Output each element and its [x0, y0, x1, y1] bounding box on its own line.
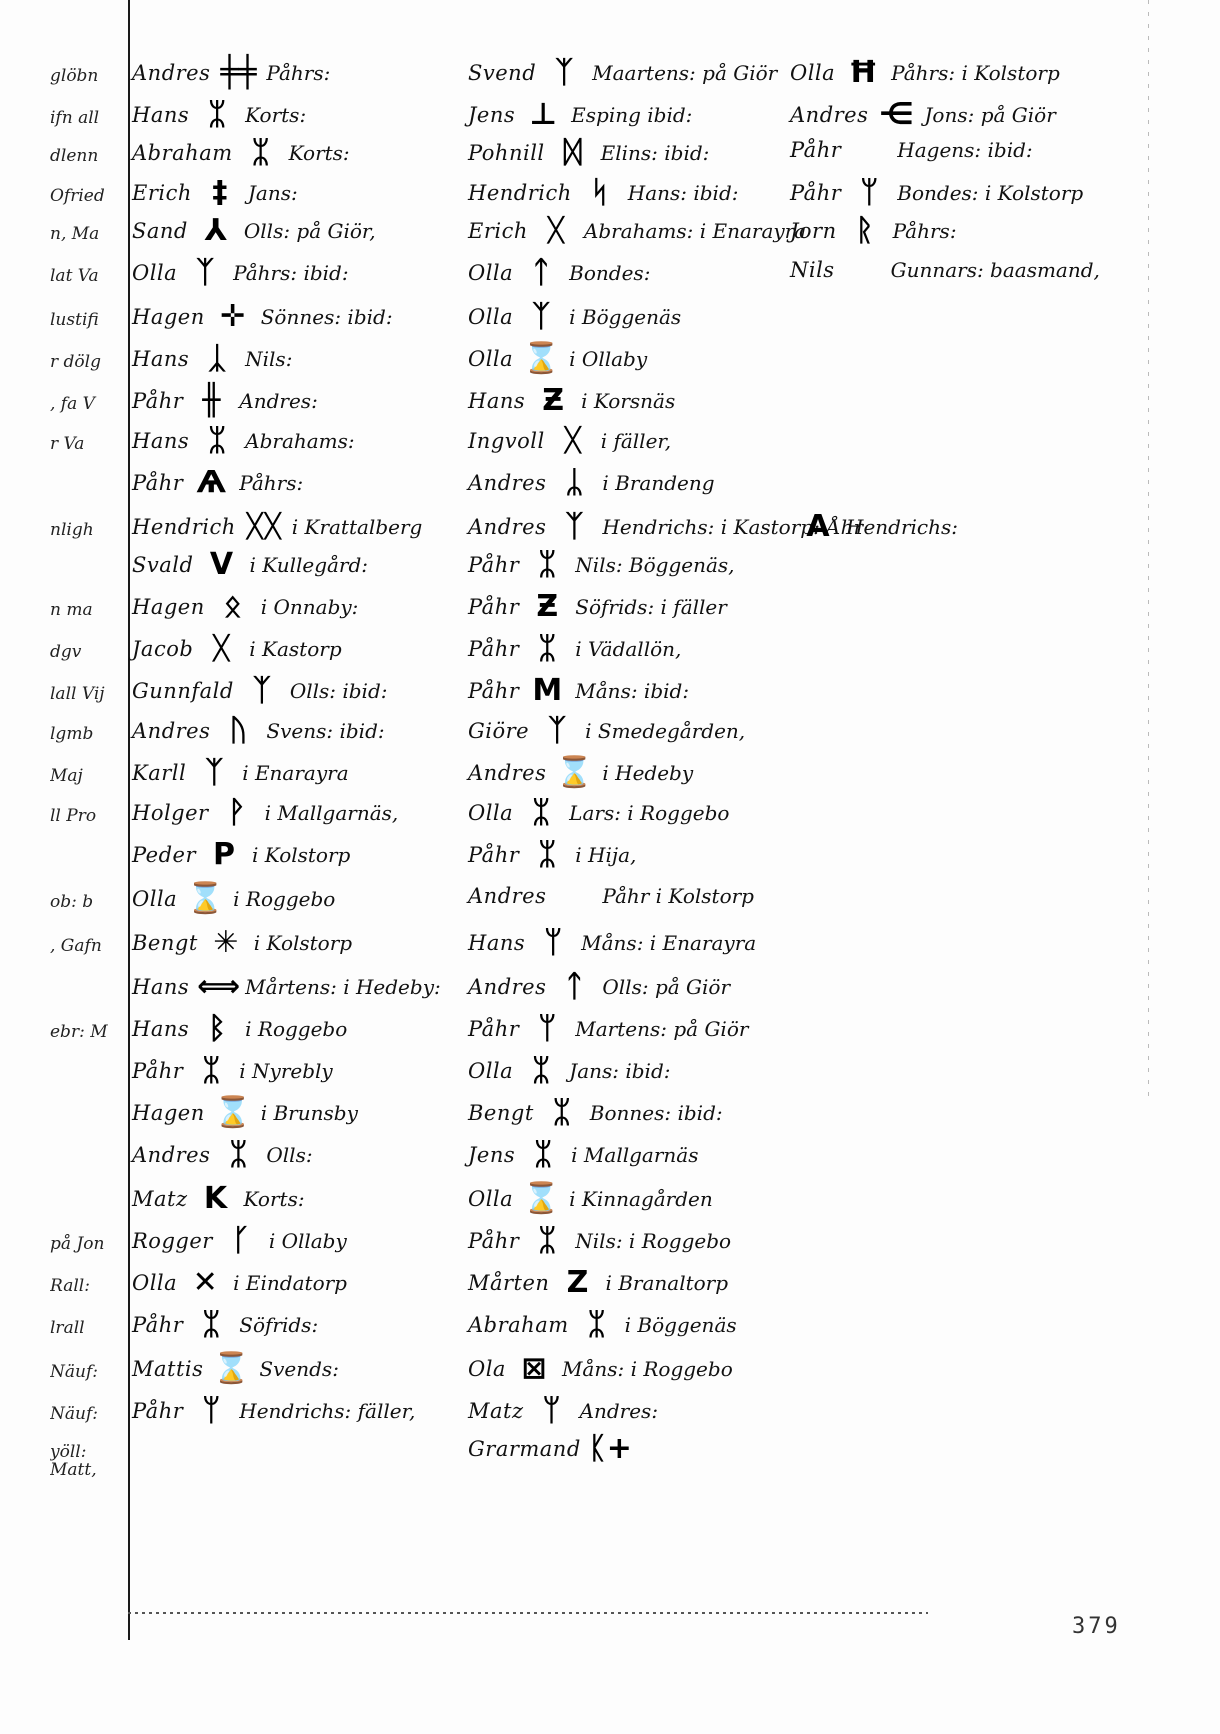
- person-name: Hans: [132, 975, 189, 999]
- person-name: Påhr: [468, 553, 519, 577]
- house-mark-icon: ᛘ: [533, 928, 573, 958]
- person-name: Jacob: [132, 637, 193, 661]
- person-name: Peder: [132, 843, 196, 867]
- patronym-place: Nils:: [245, 347, 292, 371]
- margin-note: lgmb: [50, 724, 130, 744]
- person-name: Svald: [132, 553, 193, 577]
- register-entry: Holgerᚹi Mallgarnäs,: [132, 798, 398, 828]
- house-mark-icon: ᛦ: [554, 468, 594, 498]
- person-name: Olla: [468, 261, 513, 285]
- person-name: Abraham: [132, 141, 233, 165]
- register-entry: Olla✕i Eindatorp: [132, 1268, 347, 1298]
- patronym-place: Esping ibid:: [571, 103, 692, 127]
- register-entry: Jens⊥Esping ibid:: [468, 100, 692, 130]
- person-name: Påhr: [132, 1059, 183, 1083]
- person-name: Jens: [468, 1143, 515, 1167]
- patronym-place: Sönnes: ibid:: [261, 305, 393, 329]
- person-name: Andres: [132, 719, 210, 743]
- person-name: Grarmand: [468, 1437, 581, 1461]
- patronym-place: i Hedeby: [602, 761, 693, 785]
- house-mark-icon: ᛘ: [527, 1014, 567, 1044]
- patronym-place: Olls: ibid:: [290, 679, 388, 703]
- person-name: Olla: [468, 1187, 513, 1211]
- house-mark-icon: A: [798, 512, 838, 542]
- patronym-place: Påhrs:: [239, 471, 303, 495]
- register-entry: HansᛯAbrahams:: [132, 426, 355, 456]
- house-mark-icon: Ħ: [843, 58, 883, 88]
- person-name: Ola: [468, 1357, 506, 1381]
- house-mark-icon: ᚢ: [218, 716, 258, 746]
- patronym-place: Påhr i Kolstorp: [602, 884, 754, 908]
- patronym-place: i Nyrebly: [239, 1059, 332, 1083]
- person-name: Bengt: [132, 931, 198, 955]
- patronym-place: Andres:: [580, 1399, 659, 1423]
- house-mark-icon: ᛏ: [521, 258, 561, 288]
- person-name: Påhr: [132, 389, 183, 413]
- register-entry: Erich‡Jans:: [132, 178, 298, 208]
- house-mark-icon: ᛉ: [521, 302, 561, 332]
- house-mark-icon: ✳: [206, 928, 246, 958]
- person-name: Påhr: [468, 679, 519, 703]
- person-name: Andres: [468, 515, 546, 539]
- person-name: Erich: [132, 181, 192, 205]
- house-mark-icon: M: [527, 676, 567, 706]
- person-name: Olla: [468, 1059, 513, 1083]
- register-entry: Påhr╫Andres:: [132, 386, 318, 416]
- house-mark-icon: ✕: [185, 1268, 225, 1298]
- house-mark-icon: ⌛: [521, 1184, 561, 1214]
- house-mark-icon: ᛣ: [197, 344, 237, 374]
- register-entry: Grarmandᛕ+: [468, 1434, 637, 1464]
- patronym-place: Bonnes: ibid:: [590, 1101, 723, 1125]
- register-entry: OllaᛯLars: i Roggebo: [468, 798, 729, 828]
- house-mark-icon: Ƶ: [527, 592, 567, 622]
- house-mark-icon: ᛯ: [218, 1140, 258, 1170]
- person-name: Hagen: [132, 1101, 205, 1125]
- house-mark-icon: ᛏ: [554, 972, 594, 1002]
- register-entry: Bengt✳i Kolstorp: [132, 928, 352, 958]
- house-mark-icon: ✛: [213, 302, 253, 332]
- page-number: 379: [1072, 1614, 1121, 1639]
- house-mark-icon: ᛯ: [577, 1310, 617, 1340]
- house-mark-icon: ⊠: [514, 1354, 554, 1384]
- person-name: Påhr: [132, 1399, 183, 1423]
- house-mark-icon: ᛯ: [191, 1056, 231, 1086]
- patronym-place: Söfrids:: [239, 1313, 318, 1337]
- person-name: Andres: [132, 1143, 210, 1167]
- patronym-place: Abrahams: i Enarayra: [584, 219, 806, 243]
- house-mark-icon: ᚱ: [845, 216, 885, 246]
- patronym-place: Hendrichs: fäller,: [239, 1399, 415, 1423]
- register-entry: Påhrᛯi Hija,: [468, 840, 636, 870]
- house-mark-icon: ᛞ: [553, 138, 593, 168]
- patronym-place: Jons: på Giör: [924, 103, 1055, 127]
- register-entry: Mattis⌛Svends:: [132, 1354, 339, 1384]
- house-mark-icon: ᛉ: [554, 512, 594, 542]
- house-mark-icon: ᚷᚷ: [244, 512, 284, 542]
- patronym-place: Hans: ibid:: [628, 181, 739, 205]
- patronym-place: i Eindatorp: [233, 1271, 347, 1295]
- register-entry: Sand⅄Olls: på Giör,: [132, 216, 376, 246]
- register-entry: HansᛯKorts:: [132, 100, 306, 130]
- register-entry: OllaᛏBondes:: [468, 258, 650, 288]
- patronym-place: Lars: i Roggebo: [569, 801, 729, 825]
- house-mark-icon: ᛯ: [197, 426, 237, 456]
- register-entry: Hagen⌛i Brunsby: [132, 1098, 358, 1128]
- register-entry: AndresᛯOlls:: [132, 1140, 313, 1170]
- patronym-place: Mårtens: i Hedeby:: [245, 975, 441, 999]
- person-name: Andres: [132, 61, 210, 85]
- patronym-place: Jans: ibid:: [569, 1059, 670, 1083]
- patronym-place: Korts:: [244, 1187, 305, 1211]
- person-name: Olla: [132, 261, 177, 285]
- house-mark-icon: ᛕ+: [589, 1434, 629, 1464]
- person-name: Påhr: [468, 637, 519, 661]
- margin-note: n ma: [50, 600, 130, 620]
- register-entry: GunnfaldᛉOlls: ibid:: [132, 676, 388, 706]
- register-entry: Olla⌛i Roggebo: [132, 884, 335, 914]
- patronym-place: Gunnars: baasmand,: [891, 258, 1100, 282]
- person-name: Svend: [468, 61, 536, 85]
- house-mark-icon: ᛯ: [527, 634, 567, 664]
- house-mark-icon: ᛯ: [521, 1056, 561, 1086]
- margin-note: Matt,: [50, 1460, 130, 1480]
- patronym-place: Korts:: [289, 141, 350, 165]
- margin-note: ll Pro: [50, 806, 130, 826]
- house-mark-icon: ᛟ: [213, 592, 253, 622]
- margin-note: Ofried: [50, 186, 130, 206]
- person-name: Olla: [468, 347, 513, 371]
- house-mark-icon: ⌛: [554, 758, 594, 788]
- patronym-place: i Böggenäs: [625, 1313, 737, 1337]
- house-mark-icon: Z: [557, 1268, 597, 1298]
- register-entry: Hansᛒi Roggebo: [132, 1014, 347, 1044]
- house-mark-icon: ᚷ: [536, 216, 576, 246]
- person-name: Holger: [132, 801, 209, 825]
- patronym-place: i Mallgarnäs,: [265, 801, 399, 825]
- patronym-place: i Onnaby:: [261, 595, 359, 619]
- register-entry: MatzKKorts:: [132, 1184, 305, 1214]
- register-entry: Andres⋲Jons: på Giör: [790, 100, 1056, 130]
- person-name: Rogger: [132, 1229, 213, 1253]
- register-entry: HansᛘMåns: i Enarayra: [468, 928, 756, 958]
- register-entry: PåhrᛘMartens: på Giör: [468, 1014, 748, 1044]
- patronym-place: i Kinnagården: [569, 1187, 713, 1211]
- register-entry: PohnillᛞElins: ibid:: [468, 138, 709, 168]
- register-entry: PåhrᛯSöfrids:: [132, 1310, 318, 1340]
- register-entry: Ingvollᚷi fäller,: [468, 426, 671, 456]
- person-name: Hagen: [132, 595, 205, 619]
- register-entry: NilsGunnars: baasmand,: [790, 258, 1100, 282]
- register-entry: Andres⌛i Hedeby: [468, 758, 693, 788]
- person-name: Andres: [468, 761, 546, 785]
- register-entry: PåhrѦPåhrs:: [132, 468, 303, 498]
- register-entry: PåhrᛘHendrichs: fäller,: [132, 1396, 415, 1426]
- person-name: Hendrich: [468, 181, 572, 205]
- register-entry: Andres╪╪Påhrs:: [132, 58, 330, 88]
- margin-note: dgv: [50, 642, 130, 662]
- patronym-place: i Mallgarnäs: [571, 1143, 698, 1167]
- house-mark-icon: ᛯ: [197, 100, 237, 130]
- manuscript-page: glöbnifn alldlennOfriedn, Malat Valustif…: [0, 0, 1220, 1734]
- register-entry: AndresᚢSvens: ibid:: [132, 716, 385, 746]
- margin-note: n, Ma: [50, 224, 130, 244]
- patronym-place: Olls:: [266, 1143, 312, 1167]
- register-entry: Hans⟺Mårtens: i Hedeby:: [132, 972, 441, 1002]
- house-mark-icon: ᛉ: [185, 258, 225, 288]
- house-mark-icon: ᛘ: [849, 178, 889, 208]
- margin-note: nligh: [50, 520, 130, 540]
- patronym-place: i Ollaby: [569, 347, 647, 371]
- person-name: Matz: [132, 1187, 188, 1211]
- house-mark-icon: ⌛: [213, 1098, 253, 1128]
- patronym-place: Olls: på Giör,: [244, 219, 376, 243]
- person-name: Mårten: [468, 1271, 549, 1295]
- bottom-rule: [128, 1612, 928, 1614]
- person-name: Ingvoll: [468, 429, 545, 453]
- person-name: Olla: [132, 887, 177, 911]
- register-entry: Abrahamᛯi Böggenäs: [468, 1310, 737, 1340]
- patronym-place: i fäller,: [601, 429, 671, 453]
- patronym-place: Elins: ibid:: [601, 141, 710, 165]
- patronym-place: Svends:: [259, 1357, 339, 1381]
- person-name: Pohnill: [468, 141, 545, 165]
- patronym-place: Måns: i Roggebo: [562, 1357, 733, 1381]
- patronym-place: i Enarayra: [242, 761, 348, 785]
- person-name: Jorn: [790, 219, 837, 243]
- house-mark-icon: ᚷ: [201, 634, 241, 664]
- patronym-place: i Ollaby: [269, 1229, 347, 1253]
- house-mark-icon: ╪╪: [218, 58, 258, 88]
- house-mark-icon: K: [196, 1184, 236, 1214]
- register-entry: Olla⌛i Kinnagården: [468, 1184, 713, 1214]
- patronym-place: Måns: ibid:: [575, 679, 689, 703]
- patronym-place: Söfrids: i fäller: [575, 595, 727, 619]
- person-name: Påhr: [468, 595, 519, 619]
- patronym-place: i Hija,: [575, 843, 636, 867]
- house-mark-icon: ᛯ: [527, 840, 567, 870]
- register-entry: Hagen✛Sönnes: ibid:: [132, 302, 393, 332]
- person-name: Olla: [132, 1271, 177, 1295]
- person-name: Påhr: [790, 138, 841, 162]
- person-name: Hans: [132, 429, 189, 453]
- register-entry: OllaĦPåhrs: i Kolstorp: [790, 58, 1060, 88]
- person-name: Påhr: [132, 1313, 183, 1337]
- patronym-place: i Korsnäs: [581, 389, 675, 413]
- register-entry: Påhrᛯi Vädallön,: [468, 634, 681, 664]
- person-name: Hagen: [132, 305, 205, 329]
- person-name: Andres: [468, 975, 546, 999]
- margin-note: Näuf:: [50, 1404, 130, 1424]
- margin-note: ob: b: [50, 892, 130, 912]
- house-mark-icon: ᚷ: [553, 426, 593, 456]
- margin-note: ifn all: [50, 108, 130, 128]
- person-name: Andres: [468, 884, 546, 908]
- patronym-place: Påhrs:: [266, 61, 330, 85]
- margin-note: Rall:: [50, 1276, 130, 1296]
- margin-note: Maj: [50, 766, 130, 786]
- house-mark-icon: ᛯ: [527, 1226, 567, 1256]
- patronym-place: i Brandeng: [602, 471, 714, 495]
- house-mark-icon: ᛯ: [521, 798, 561, 828]
- house-mark-icon: ᛯ: [191, 1310, 231, 1340]
- patronym-place: Nils: Böggenäs,: [575, 553, 734, 577]
- page-edge: [1148, 0, 1149, 1100]
- patronym-place: Nils: i Roggebo: [575, 1229, 731, 1253]
- person-name: Erich: [468, 219, 528, 243]
- person-name: Hans: [468, 931, 525, 955]
- house-mark-icon: ⟺: [197, 972, 237, 1002]
- register-entry: HendrichᛋHans: ibid:: [468, 178, 739, 208]
- house-mark-icon: ᚴ: [221, 1226, 261, 1256]
- register-entry: Jacobᚷi Kastorp: [132, 634, 342, 664]
- register-entry: OllaᛯJans: ibid:: [468, 1056, 671, 1086]
- register-entry: BengtᛯBonnes: ibid:: [468, 1098, 723, 1128]
- margin-note: , Gafn: [50, 936, 130, 956]
- register-entry: AHendrichs:: [790, 512, 958, 542]
- register-entry: MårtenZi Branaltorp: [468, 1268, 728, 1298]
- house-mark-icon: ᛉ: [537, 716, 577, 746]
- margin-note: r dölg: [50, 352, 130, 372]
- patronym-place: Korts:: [245, 103, 306, 127]
- patronym-place: Bondes: i Kolstorp: [897, 181, 1083, 205]
- patronym-place: Hagens: ibid:: [897, 138, 1032, 162]
- margin-note: lat Va: [50, 266, 130, 286]
- patronym-place: i Krattalberg: [292, 515, 423, 539]
- register-entry: Jensᛯi Mallgarnäs: [468, 1140, 698, 1170]
- register-entry: PåhrᛘBondes: i Kolstorp: [790, 178, 1083, 208]
- house-mark-icon: ᛘ: [532, 1396, 572, 1426]
- patronym-place: i Roggebo: [233, 887, 335, 911]
- register-entry: AbrahamᛯKorts:: [132, 138, 350, 168]
- house-mark-icon: ᛯ: [542, 1098, 582, 1128]
- register-entry: PåhrᛯNils: Böggenäs,: [468, 550, 735, 580]
- person-name: Påhr: [468, 843, 519, 867]
- house-mark-icon: ᛯ: [527, 550, 567, 580]
- house-mark-icon: ᚹ: [217, 798, 257, 828]
- margin-note: Näuf:: [50, 1362, 130, 1382]
- person-name: Andres: [468, 471, 546, 495]
- person-name: Hans: [132, 347, 189, 371]
- house-mark-icon: ⌛: [521, 344, 561, 374]
- patronym-place: Påhrs:: [893, 219, 957, 243]
- patronym-place: i Branaltorp: [605, 1271, 728, 1295]
- register-entry: Andresᛦi Brandeng: [468, 468, 715, 498]
- margin-note: lustifi: [50, 310, 130, 330]
- person-name: Giöre: [468, 719, 529, 743]
- patronym-place: Jans:: [248, 181, 298, 205]
- margin-note: lall Vij: [50, 684, 130, 704]
- margin-note: dlenn: [50, 146, 130, 166]
- register-entry: JornᚱPåhrs:: [790, 216, 957, 246]
- register-entry: Hagenᛟi Onnaby:: [132, 592, 358, 622]
- patronym-place: i Kullegård:: [249, 553, 368, 577]
- register-entry: Karllᛉi Enarayra: [132, 758, 349, 788]
- patronym-place: Påhrs: i Kolstorp: [891, 61, 1060, 85]
- house-mark-icon: ᛯ: [241, 138, 281, 168]
- house-mark-icon: ⅄: [196, 216, 236, 246]
- person-name: Karll: [132, 761, 186, 785]
- register-entry: Hendrichᚷᚷi Krattalberg: [132, 512, 422, 542]
- patronym-place: i Kastorp: [249, 637, 341, 661]
- person-name: Matz: [468, 1399, 524, 1423]
- margin-note: yöll:: [50, 1442, 130, 1462]
- patronym-place: Abrahams:: [245, 429, 355, 453]
- house-mark-icon: ⊥: [523, 100, 563, 130]
- register-entry: HansᛣNils:: [132, 344, 292, 374]
- register-entry: PåhrᛯNils: i Roggebo: [468, 1226, 731, 1256]
- register-entry: Roggerᚴi Ollaby: [132, 1226, 347, 1256]
- register-entry: MatzᛘAndres:: [468, 1396, 658, 1426]
- person-name: Påhr: [132, 471, 183, 495]
- house-mark-icon: Ѧ: [191, 468, 231, 498]
- person-name: Mattis: [132, 1357, 203, 1381]
- register-entry: Ollaᛉi Böggenäs: [468, 302, 681, 332]
- house-mark-icon: ᛉ: [194, 758, 234, 788]
- patronym-place: Svens: ibid:: [266, 719, 384, 743]
- person-name: Jens: [468, 103, 515, 127]
- register-entry: SvendᛉMaartens: på Giör: [468, 58, 777, 88]
- house-mark-icon: ᛒ: [197, 1014, 237, 1044]
- patronym-place: i Böggenäs: [569, 305, 681, 329]
- register-entry: HansƵi Korsnäs: [468, 386, 675, 416]
- patronym-place: Påhrs: ibid:: [233, 261, 348, 285]
- patronym-place: Hendrichs:: [846, 515, 958, 539]
- house-mark-icon: V: [201, 550, 241, 580]
- patronym-place: Andres:: [239, 389, 318, 413]
- house-mark-icon: ⌛: [185, 884, 225, 914]
- margin-note: lrall: [50, 1318, 130, 1338]
- person-name: Påhr: [468, 1017, 519, 1041]
- register-entry: OllaᛉPåhrs: ibid:: [132, 258, 349, 288]
- patronym-place: Bondes:: [569, 261, 650, 285]
- register-entry: Olla⌛i Ollaby: [468, 344, 647, 374]
- person-name: Olla: [790, 61, 835, 85]
- patronym-place: i Vädallön,: [575, 637, 681, 661]
- register-entry: ErichᚷAbrahams: i Enarayra: [468, 216, 806, 246]
- house-mark-icon: ‡: [200, 178, 240, 208]
- register-entry: PåhrMMåns: ibid:: [468, 676, 689, 706]
- register-entry: PåhrHagens: ibid:: [790, 138, 1033, 162]
- house-mark-icon: ⌛: [211, 1354, 251, 1384]
- patronym-place: Olls: på Giör: [602, 975, 730, 999]
- register-entry: AndresPåhr i Kolstorp: [468, 884, 754, 908]
- house-mark-icon: ⋲: [876, 100, 916, 130]
- register-entry: Ola⊠Måns: i Roggebo: [468, 1354, 733, 1384]
- person-name: Sand: [132, 219, 188, 243]
- register-entry: SvaldVi Kullegård:: [132, 550, 368, 580]
- person-name: Olla: [468, 801, 513, 825]
- margin-note: glöbn: [50, 66, 130, 86]
- house-mark-icon: ᛉ: [242, 676, 282, 706]
- patronym-place: Måns: i Enarayra: [581, 931, 756, 955]
- register-entry: PåhrƵSöfrids: i fäller: [468, 592, 727, 622]
- register-entry: Påhrᛯi Nyrebly: [132, 1056, 333, 1086]
- person-name: Påhr: [468, 1229, 519, 1253]
- register-entry: AndresᛏOlls: på Giör: [468, 972, 730, 1002]
- person-name: Hans: [132, 1017, 189, 1041]
- person-name: Andres: [790, 103, 868, 127]
- house-mark-icon: ᛋ: [580, 178, 620, 208]
- person-name: Hendrich: [132, 515, 236, 539]
- margin-note: ebr: M: [50, 1022, 130, 1042]
- house-mark-icon: ᛉ: [544, 58, 584, 88]
- person-name: Gunnfald: [132, 679, 234, 703]
- patronym-place: Maartens: på Giör: [592, 61, 777, 85]
- person-name: Påhr: [790, 181, 841, 205]
- person-name: Olla: [468, 305, 513, 329]
- house-mark-icon: Ƶ: [533, 386, 573, 416]
